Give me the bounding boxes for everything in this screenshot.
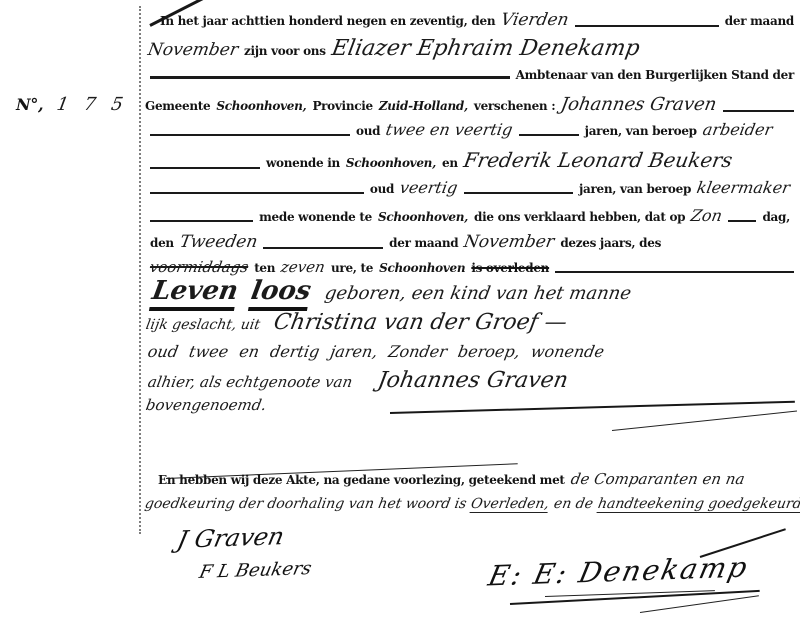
- blank-rule: [150, 216, 253, 222]
- line-second-declarant: wonende in Schoonhoven, en Frederik Leon…: [150, 148, 794, 172]
- line-year-day: In het jaar achttien honderd negen en ze…: [160, 10, 794, 30]
- printed-closing-formula: En hebben wij deze Akte, na gedane voorl…: [158, 473, 565, 487]
- civil-registry-act-scan: N°, 1 7 5 In het jaar achttien honderd n…: [0, 0, 800, 618]
- blank-rule: [464, 188, 573, 194]
- line-official-title: Ambtenaar van den Burgerlijken Stand der: [150, 68, 794, 82]
- line-mother-age-occupation: oud twee en dertig jaren, Zonder beroep,…: [148, 342, 604, 361]
- line-date-month: den Tweeden der maand November dezes jaa…: [150, 232, 790, 252]
- blank-rule: [150, 72, 510, 79]
- act-number-value: 1 7 5: [55, 94, 130, 115]
- printed-en: en: [442, 156, 458, 170]
- signature-registrar: E: E: Denekamp: [485, 551, 751, 593]
- line-approval-note: goedkeuring der doorhaling van het woord…: [145, 496, 794, 513]
- blank-rule: [555, 267, 794, 273]
- line-declarant2-age-occupation: oud veertig jaren, van beroep kleermaker: [150, 178, 790, 197]
- blank-rule: [728, 216, 756, 222]
- handwritten-declarant2-occupation: kleermaker: [695, 178, 791, 197]
- printed-gemeente-name: Schoonhoven,: [216, 99, 306, 113]
- handwritten-date-ordinal: Tweeden: [178, 232, 259, 252]
- line-hour-stillborn: voormiddags ten zeven ure, te Schoonhove…: [150, 258, 794, 276]
- printed-schoonhoven: Schoonhoven,: [346, 156, 436, 170]
- line-levenloos-geboren: Leven loos geboren, een kind van het man…: [152, 276, 631, 311]
- printed-official-title: Ambtenaar van den Burgerlijken Stand der: [516, 68, 794, 82]
- handwritten-father-name: Johannes Graven: [376, 368, 570, 393]
- printed-mede-wonende: mede wonende te: [259, 210, 372, 224]
- act-number-label: N°,: [16, 95, 43, 114]
- handwritten-declarant2-name: Frederik Leonard Beukers: [462, 148, 734, 172]
- printed-verklaard-hebben: die ons verklaard hebben, dat op: [474, 210, 685, 224]
- printed-jaren-beroep: jaren, van beroep: [579, 182, 691, 196]
- handwritten-geboren-kind: geboren, een kind van het manne: [323, 283, 633, 304]
- handwritten-bovengenoemd: bovengenoemd.: [144, 396, 267, 414]
- line-gender-mother: lijk geslacht, uit Christina van der Gro…: [146, 310, 567, 335]
- handwritten-mother-name: Christina van der Groef —: [272, 310, 569, 335]
- handwritten-comparanten: de Comparanten en na: [569, 470, 746, 488]
- line-closing-formula: En hebben wij deze Akte, na gedane voorl…: [158, 470, 794, 488]
- blank-rule: [723, 106, 794, 112]
- handwritten-echtgenoote-van: alhier, als echtgenoote van: [146, 373, 353, 391]
- handwritten-declarant1-occupation: arbeider: [701, 120, 774, 139]
- printed-zijn-voor-ons: zijn voor ons: [244, 44, 326, 58]
- printed-year-text: In het jaar achttien honderd negen en ze…: [160, 14, 495, 28]
- printed-den: den: [150, 236, 174, 250]
- signature-flourish-stroke: [640, 595, 759, 613]
- line-declarant1-age-occupation: oud twee en veertig jaren, van beroep ar…: [150, 120, 790, 139]
- printed-dag: dag,: [762, 210, 790, 224]
- printed-der-maand: der maand: [725, 14, 794, 28]
- handwritten-en-de: en de: [553, 496, 595, 512]
- printed-oud: oud: [356, 124, 380, 138]
- handwritten-overleden-word: Overleden,: [470, 496, 551, 513]
- handwritten-month: November: [463, 232, 556, 252]
- handwritten-hour: zeven: [280, 258, 327, 276]
- handwritten-leven: Leven: [149, 276, 241, 311]
- line-spouse-of: alhier, als echtgenoote van Johannes Gra…: [148, 368, 568, 393]
- handwritten-weekday: Zon: [690, 206, 724, 225]
- handwritten-loos: loos: [248, 276, 313, 311]
- blank-rule: [519, 130, 579, 136]
- handwritten-mother-details: oud twee en dertig jaren, Zonder beroep,…: [146, 342, 605, 361]
- handwritten-approval-note: goedkeuring der doorhaling van het woord…: [144, 496, 468, 512]
- line-municipality-first-declarant: Gemeente Schoonhoven, Provincie Zuid-Hol…: [145, 94, 794, 115]
- blank-space-strike-line: [390, 401, 795, 414]
- signature-witness2: F L Beukers: [197, 558, 313, 583]
- printed-wonende-in: wonende in: [266, 156, 340, 170]
- printed-verschenen: verschenen :: [474, 99, 555, 113]
- handwritten-geslacht-uit: lijk geslacht, uit: [145, 317, 262, 333]
- blank-rule: [263, 243, 383, 249]
- act-number-block: N°, 1 7 5: [16, 94, 128, 115]
- line-bovengenoemd: bovengenoemd.: [146, 396, 266, 414]
- printed-jaren-beroep: jaren, van beroep: [585, 124, 697, 138]
- line-month-registrar: November zijn voor ons Eliazer Ephraim D…: [148, 36, 794, 61]
- printed-oud: oud: [370, 182, 394, 196]
- printed-provincie: Provincie: [312, 99, 372, 113]
- printed-der-maand: der maand: [389, 236, 458, 250]
- printed-dezes-jaars: dezes jaars, des: [560, 236, 661, 250]
- blank-space-strike-line: [612, 411, 797, 431]
- handwritten-declarant2-age: veertig: [398, 178, 459, 197]
- handwritten-month: November: [146, 40, 239, 60]
- printed-schoonhoven: Schoonhoven,: [378, 210, 468, 224]
- printed-struck-is-overleden: is overleden: [471, 261, 549, 275]
- printed-ure-te: ure, te: [331, 261, 373, 275]
- handwritten-day-ordinal: Vierden: [499, 10, 570, 30]
- printed-gemeente: Gemeente: [145, 99, 210, 113]
- binding-margin-dotted-line: [139, 6, 141, 534]
- blank-rule: [150, 130, 350, 136]
- line-declaration-weekday: mede wonende te Schoonhoven, die ons ver…: [150, 206, 790, 225]
- printed-ten: ten: [254, 261, 275, 275]
- signature-witness1: J Graven: [175, 522, 287, 554]
- printed-schoonhoven: Schoonhoven: [379, 261, 465, 275]
- printed-provincie-name: Zuid-Holland,: [379, 99, 468, 113]
- handwritten-registrar-name: Eliazer Ephraim Denekamp: [329, 36, 641, 61]
- blank-rule: [150, 163, 260, 169]
- blank-rule: [575, 21, 719, 27]
- handwritten-handteekening: handteekening goedgekeurd: [597, 496, 800, 513]
- handwritten-declarant1-age: twee en veertig: [385, 120, 515, 139]
- blank-rule: [150, 188, 364, 194]
- handwritten-declarant1-name: Johannes Graven: [559, 94, 718, 115]
- handwritten-struck-daypart: voormiddags: [148, 258, 249, 276]
